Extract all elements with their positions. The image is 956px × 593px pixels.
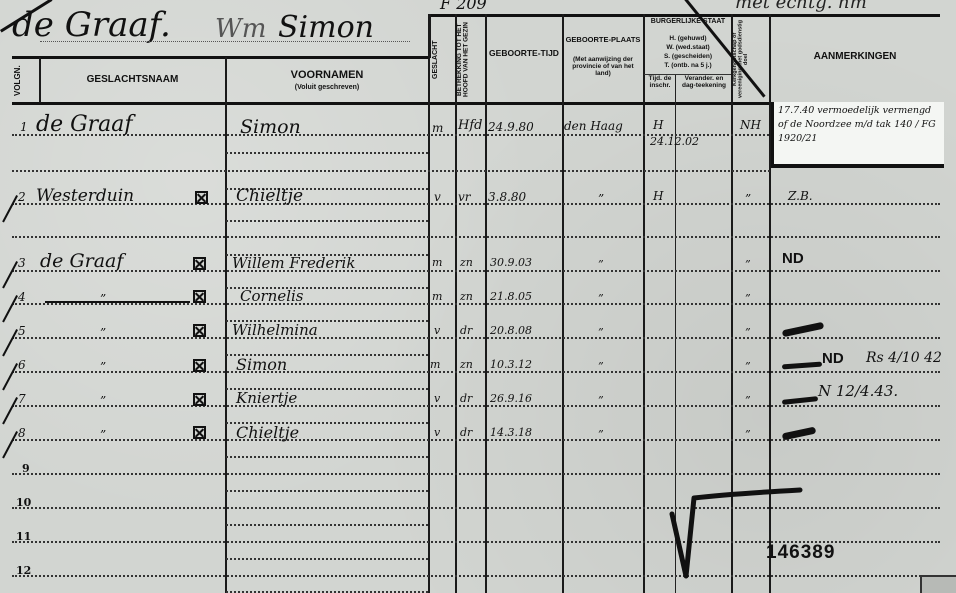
header-verander: Verander. en dag-teekening	[677, 76, 731, 90]
row-line	[12, 371, 940, 373]
row-birth-date: 21.8.05	[490, 290, 532, 303]
header-aanmerkingen: AANMERKINGEN	[771, 52, 939, 63]
row-relation: zn	[460, 290, 473, 303]
row-civil-date: 24.12.02	[650, 135, 699, 148]
row-religion: ”	[745, 360, 751, 373]
row-marker-box	[193, 359, 206, 372]
row-number: 4	[18, 290, 26, 304]
row-remarks: N 12/4.43.	[818, 382, 898, 400]
header-top-line-right	[428, 14, 940, 17]
row-religion: ”	[745, 394, 751, 407]
row-line	[12, 236, 940, 238]
col-line-voornamen	[225, 57, 227, 593]
row-relation: vr	[458, 190, 471, 204]
row-line	[12, 270, 940, 272]
row-remarks-struck-out	[782, 396, 818, 405]
row-slash-mark	[2, 261, 18, 288]
row-slash-mark	[2, 329, 18, 356]
row-line	[12, 170, 770, 172]
row-gender: m	[432, 256, 442, 269]
row-first-names: Cornelis	[240, 287, 304, 305]
row-remarks-struck-out	[782, 362, 822, 370]
row-remarks-stamp: ND	[782, 250, 804, 267]
row-number: 6	[18, 358, 26, 372]
header-volgn: VOLGN.	[14, 62, 36, 100]
row-birth-place: ”	[598, 428, 604, 441]
row-religion: ”	[745, 258, 751, 271]
header-voornamen-sub: (Voluit geschreven)	[226, 84, 428, 91]
row-gender: v	[434, 324, 440, 337]
row-first-names: Simon	[240, 116, 301, 138]
row-marker-box	[193, 324, 206, 337]
header-tijd-inschr: Tijd. de inschr.	[645, 76, 675, 90]
row-surname-ditto-line	[45, 301, 190, 303]
row-marker-box	[193, 257, 206, 270]
row-slash-mark	[2, 431, 18, 458]
header-geboorteplaats-sub: (Met aanwijzing der provincie of van het…	[565, 57, 641, 77]
row-line	[12, 303, 940, 305]
row-line	[226, 558, 428, 560]
header-annotation: Wm	[215, 14, 266, 44]
row-gender: m	[430, 358, 440, 371]
row-birth-date: 14.3.18	[490, 426, 532, 439]
row-religion: ”	[745, 192, 751, 206]
row-surname: de Graaf	[36, 112, 133, 137]
row-relation: Hfd	[458, 118, 482, 133]
header-kerkgenootschap: Kerkgenootschap of vereeniging met godsd…	[733, 17, 767, 101]
row-gender: m	[432, 121, 443, 135]
col-line-geslacht	[428, 57, 430, 593]
row-surname: Westerduin	[36, 186, 134, 206]
header-step-line	[428, 14, 431, 58]
corner-tab	[920, 575, 956, 593]
row-first-names: Willem Frederik	[232, 254, 355, 272]
header-burgerlijke-staat: BURGERLIJKE STAAT	[646, 18, 730, 25]
row-relation: dr	[460, 392, 472, 405]
row-relation: dr	[460, 426, 472, 439]
row-marker-box	[195, 191, 208, 204]
row-birth-place: ”	[598, 192, 604, 206]
row-remarks-stamp: ND	[822, 350, 844, 367]
header-burgerlijke-staat-opt-2: S. (gescheiden)	[646, 54, 730, 61]
row-number-empty: 10	[16, 496, 31, 509]
persoonskaart-card: de Graaf. Wm Simon F 209 met echtg. hm V…	[0, 0, 956, 593]
row-surname: ”	[100, 360, 106, 374]
row-slash-mark	[2, 295, 18, 322]
row-first-names: Chieltje	[236, 423, 299, 442]
row-line	[12, 337, 940, 339]
row-first-names: Chieltje	[236, 186, 303, 206]
row-gender: v	[434, 426, 440, 439]
row-remarks: Z.B.	[788, 189, 813, 203]
row-relation: zn	[460, 358, 473, 371]
row-line	[12, 439, 940, 441]
row-gender: m	[432, 290, 442, 303]
check-mark-icon	[668, 486, 808, 581]
header-geslacht: GESLACHT	[432, 20, 452, 100]
row-line	[12, 405, 940, 407]
row-birth-date: 30.9.03	[490, 256, 532, 269]
row-first-names: Wilhelmina	[232, 321, 318, 339]
row-birth-date: 10.3.12	[490, 358, 532, 371]
row-line	[226, 152, 428, 154]
row-number: 2	[18, 190, 26, 204]
header-geslachtsnaam: GESLACHTSNAAM	[40, 75, 225, 86]
row-birth-date: 20.8.08	[490, 324, 532, 337]
row-religion: ”	[745, 292, 751, 305]
row-birth-place: ”	[598, 292, 604, 305]
row-number-empty: 11	[16, 530, 31, 543]
row-remarks: 17.7.40 vermoedelijk vermengd of de Noor…	[778, 104, 938, 145]
row-religion: ”	[745, 428, 751, 441]
row-line	[12, 473, 940, 475]
row-marker-box	[193, 290, 206, 303]
row-religion: NH	[740, 118, 761, 132]
row-remarks-struck-out	[782, 322, 825, 338]
row-birth-place: ”	[598, 394, 604, 407]
row-birth-place: ”	[598, 258, 604, 271]
row-number: 7	[18, 392, 26, 406]
row-slash-mark	[2, 397, 18, 424]
row-slash-mark	[2, 363, 18, 390]
stamp-number: 146389	[766, 542, 835, 564]
row-line	[226, 456, 428, 458]
header-name-underline	[40, 41, 410, 42]
row-line	[226, 490, 428, 492]
row-number-empty: 12	[16, 564, 31, 577]
row-number: 5	[18, 324, 26, 338]
row-relation: dr	[460, 324, 472, 337]
header-first-name: Simon	[278, 10, 374, 45]
row-remarks-extra: Rs 4/10 42	[866, 350, 942, 366]
row-number: 1	[20, 120, 28, 134]
row-birth-place: ”	[598, 360, 604, 373]
row-religion: ”	[745, 326, 751, 339]
header-top-right-scrawl: met echtg. hm	[735, 0, 867, 13]
row-surname: ”	[100, 326, 106, 340]
row-number: 3	[18, 256, 26, 270]
row-line	[12, 203, 940, 205]
row-gender: v	[434, 392, 440, 405]
row-line	[226, 524, 428, 526]
row-surname: de Graaf	[40, 250, 123, 272]
header-geboorteplaats: GEBOORTE-PLAATS	[565, 36, 641, 44]
row-birth-place: den Haag	[564, 119, 623, 133]
row-marker-box	[193, 393, 206, 406]
header-geboortetijd: GEBOORTE-TIJD	[487, 45, 561, 61]
row-birth-date: 3.8.80	[488, 190, 526, 204]
header-top-line-left	[12, 56, 430, 59]
row-marker-box	[193, 426, 206, 439]
row-line	[226, 220, 428, 222]
row-first-names: Simon	[236, 355, 287, 374]
row-number: 8	[18, 426, 26, 440]
row-birth-date: 24.9.80	[488, 120, 534, 134]
row-relation: zn	[460, 256, 473, 269]
row-number-empty: 9	[22, 462, 30, 475]
row-surname: ”	[100, 428, 106, 442]
header-burgerlijke-staat-opt-3: T. (ontb. na 5 j.)	[646, 63, 730, 70]
row-birth-place: ”	[598, 326, 604, 339]
row-slash-mark	[2, 195, 18, 222]
header-voornamen: VOORNAMEN	[226, 70, 428, 82]
row-gender: v	[434, 190, 441, 204]
row-surname: ”	[100, 292, 106, 306]
row-civil-status: H	[653, 189, 663, 203]
row-surname: ”	[100, 394, 106, 408]
header-top-reference: F 209	[440, 0, 487, 13]
header-betrekking: BETREKKING TOT HET HOOFD VAN HET GEZIN	[457, 18, 483, 102]
row-civil-status: H	[653, 118, 663, 132]
row-birth-date: 26.9.16	[490, 392, 532, 405]
row-first-names: Kniertje	[236, 389, 297, 407]
header-burgerlijke-staat-opt-1: W. (wed.staat)	[646, 45, 730, 52]
